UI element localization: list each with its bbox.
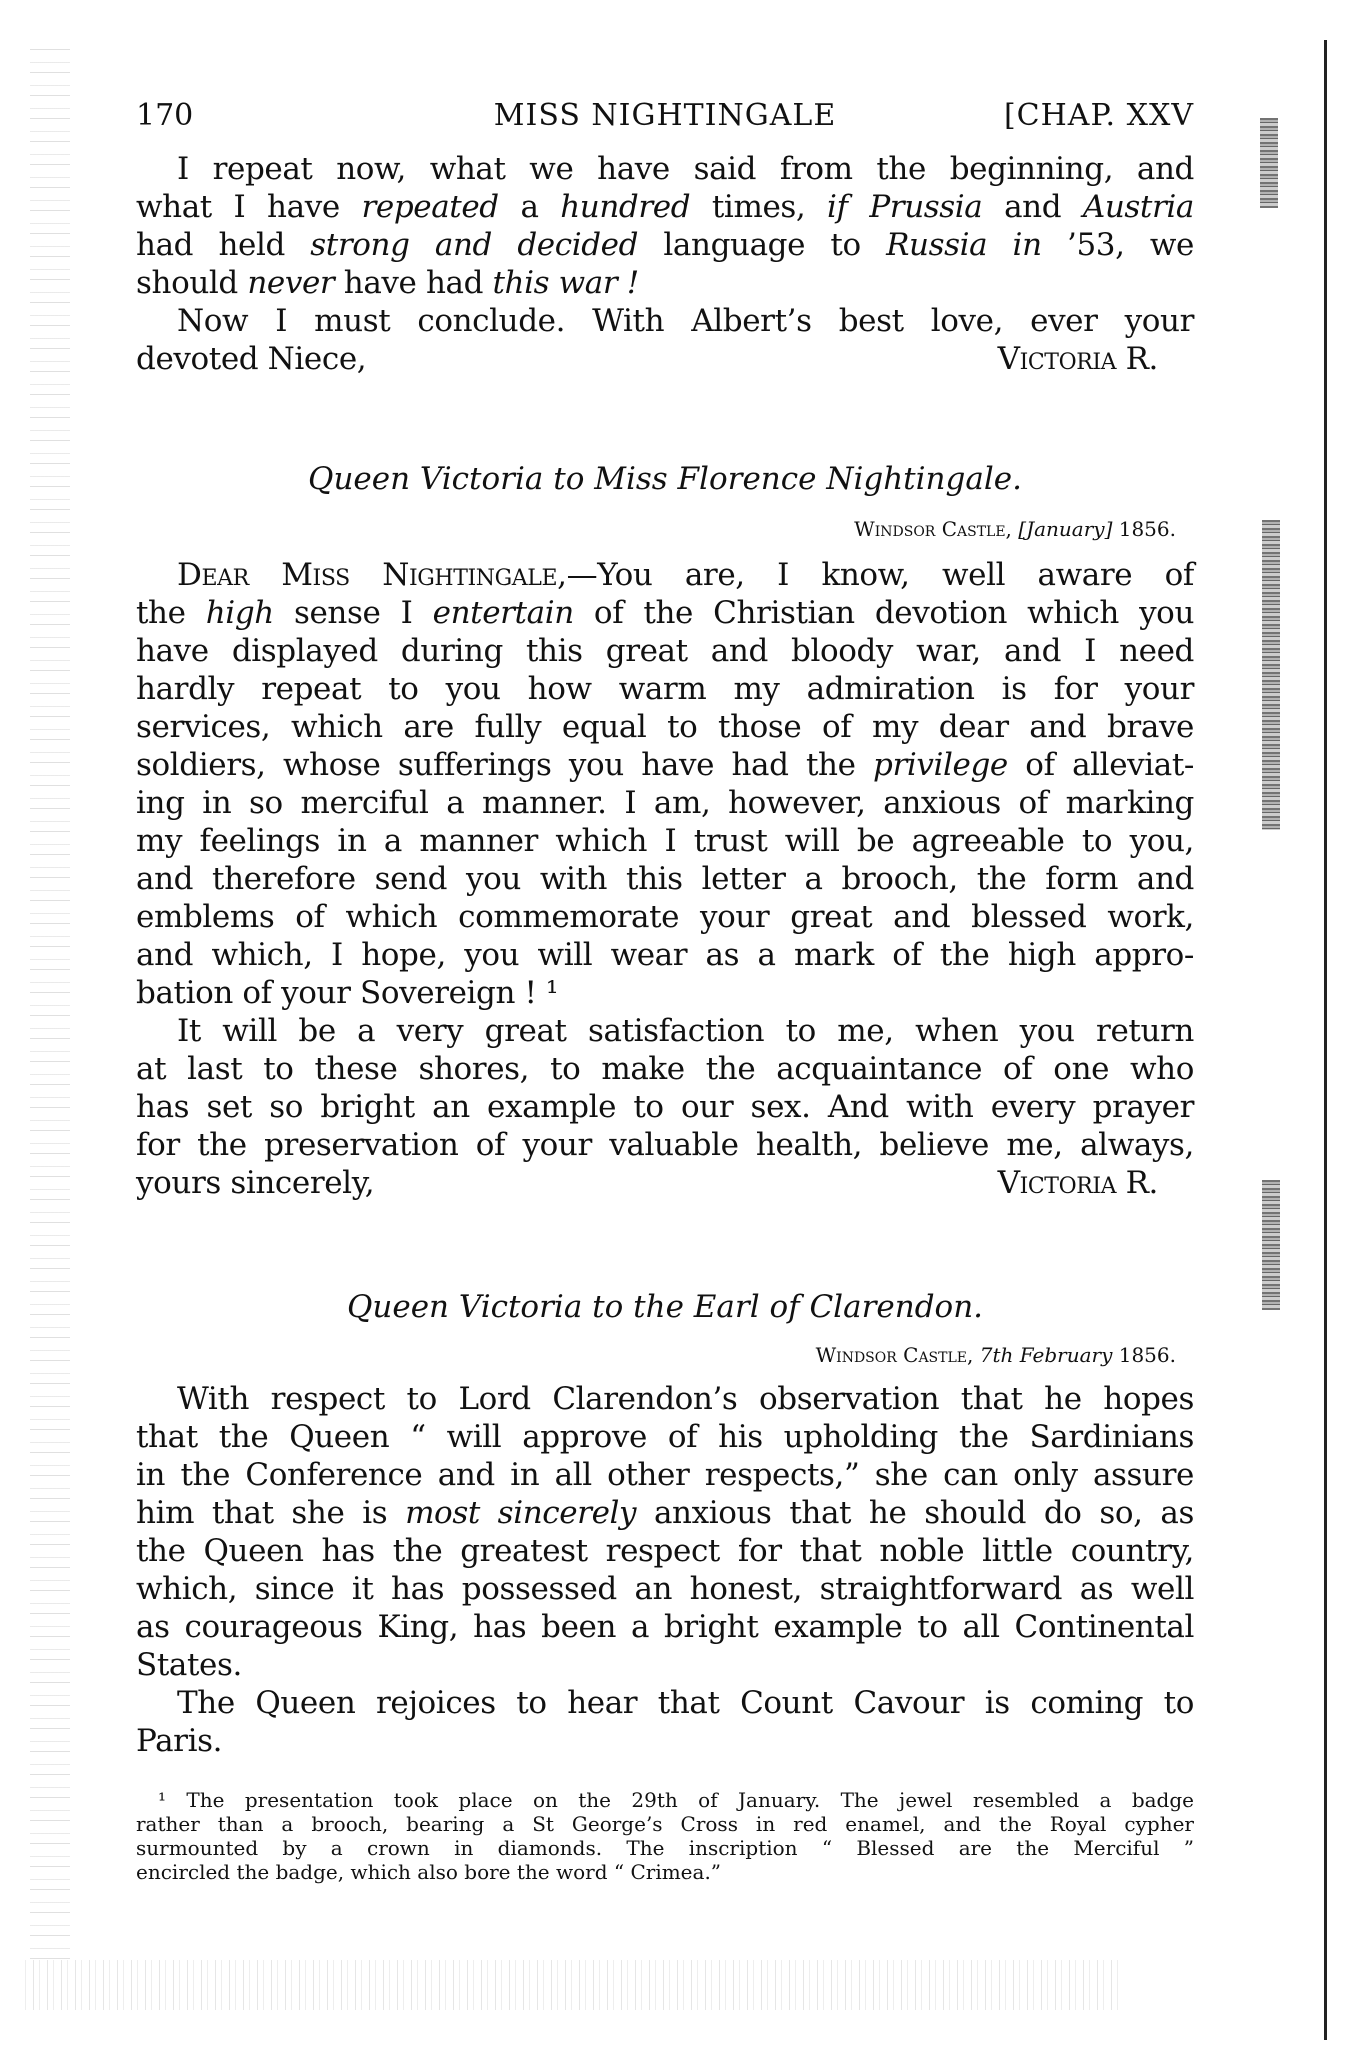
text-line: emblems of which commemorate your great … — [136, 898, 1194, 936]
text-line: has set so bright an example to our sex.… — [136, 1088, 1194, 1126]
text-line: yours sincerely, Victoria R. — [136, 1164, 1194, 1202]
text-line: my feelings in a manner which I trust wi… — [136, 822, 1194, 860]
text-line: devoted Niece, Victoria R. — [136, 340, 1194, 378]
footnote-line: ¹ The presentation took place on the 29t… — [136, 1788, 1194, 1812]
page-edge-line — [1324, 40, 1327, 2040]
closing: devoted Niece, — [136, 341, 366, 377]
signature: Victoria R. — [998, 340, 1158, 378]
text-line: Dear Miss Nightingale,—You are, I know, … — [136, 556, 1194, 594]
closing: yours sincerely, — [136, 1165, 374, 1201]
text-line: have displayed during this great and blo… — [136, 632, 1194, 670]
text-line: ing in so merciful a manner. I am, howev… — [136, 784, 1194, 822]
dateline: Windsor Castle, [January] 1856. — [136, 516, 1176, 542]
text-line: what I have repeated a hundred times, if… — [136, 188, 1194, 226]
scan-artifact — [1260, 118, 1278, 208]
book-page: 170 MISS NIGHTINGALE [CHAP. XXV I repeat… — [0, 0, 1356, 2069]
text-line: should never have had this war ! — [136, 264, 1194, 302]
text-line: at last to these shores, to make the acq… — [136, 1050, 1194, 1088]
text-line: I repeat now, what we have said from the… — [136, 150, 1194, 188]
text-line: It will be a very great satisfaction to … — [136, 1012, 1194, 1050]
text-line: in the Conference and in all other respe… — [136, 1456, 1194, 1494]
footnote-line: surmounted by a crown in diamonds. The i… — [136, 1836, 1194, 1860]
text-line: services, which are fully equal to those… — [136, 708, 1194, 746]
text-line: With respect to Lord Clarendon’s observa… — [136, 1380, 1194, 1418]
text-line: hardly repeat to you how warm my admirat… — [136, 670, 1194, 708]
text-line: bation of your Sovereign ! ¹ — [136, 974, 1194, 1012]
letter-heading: Queen Victoria to the Earl of Clarendon. — [136, 1288, 1194, 1326]
text-line: States. — [136, 1646, 1194, 1684]
text-line: had held strong and decided language to … — [136, 226, 1194, 264]
text-line: and therefore send you with this letter … — [136, 860, 1194, 898]
chapter-label: [CHAP. XXV — [1004, 98, 1194, 134]
letter-heading: Queen Victoria to Miss Florence Nighting… — [136, 460, 1194, 498]
text-line: which, since it has possessed an honest,… — [136, 1570, 1194, 1608]
footnote-line: encircled the badge, which also bore the… — [136, 1860, 1194, 1884]
text-line: that the Queen “ will approve of his uph… — [136, 1418, 1194, 1456]
scan-artifact — [1262, 1180, 1280, 1310]
text-line: for the preservation of your valuable he… — [136, 1126, 1194, 1164]
signature: Victoria R. — [998, 1164, 1158, 1202]
text-line: the high sense I entertain of the Christ… — [136, 594, 1194, 632]
text-line: as courageous King, has been a bright ex… — [136, 1608, 1194, 1646]
text-line: him that she is most sincerely anxious t… — [136, 1494, 1194, 1532]
text-line: the Queen has the greatest respect for t… — [136, 1532, 1194, 1570]
scan-artifact — [1262, 520, 1280, 830]
text-line: The Queen rejoices to hear that Count Ca… — [136, 1684, 1194, 1722]
text-line: Now I must conclude. With Albert’s best … — [136, 302, 1194, 340]
text-line: Paris. — [136, 1722, 1194, 1760]
dateline: Windsor Castle, 7th February 1856. — [136, 1342, 1176, 1368]
footnote-line: rather than a brooch, bearing a St Georg… — [136, 1812, 1194, 1836]
scan-bottom-noise — [20, 1960, 1120, 2010]
text-line: and which, I hope, you will wear as a ma… — [136, 936, 1194, 974]
scan-gutter-noise — [30, 40, 70, 1960]
text-line: soldiers, whose sufferings you have had … — [136, 746, 1194, 784]
salutation: Dear Miss Nightingale, — [177, 557, 567, 593]
